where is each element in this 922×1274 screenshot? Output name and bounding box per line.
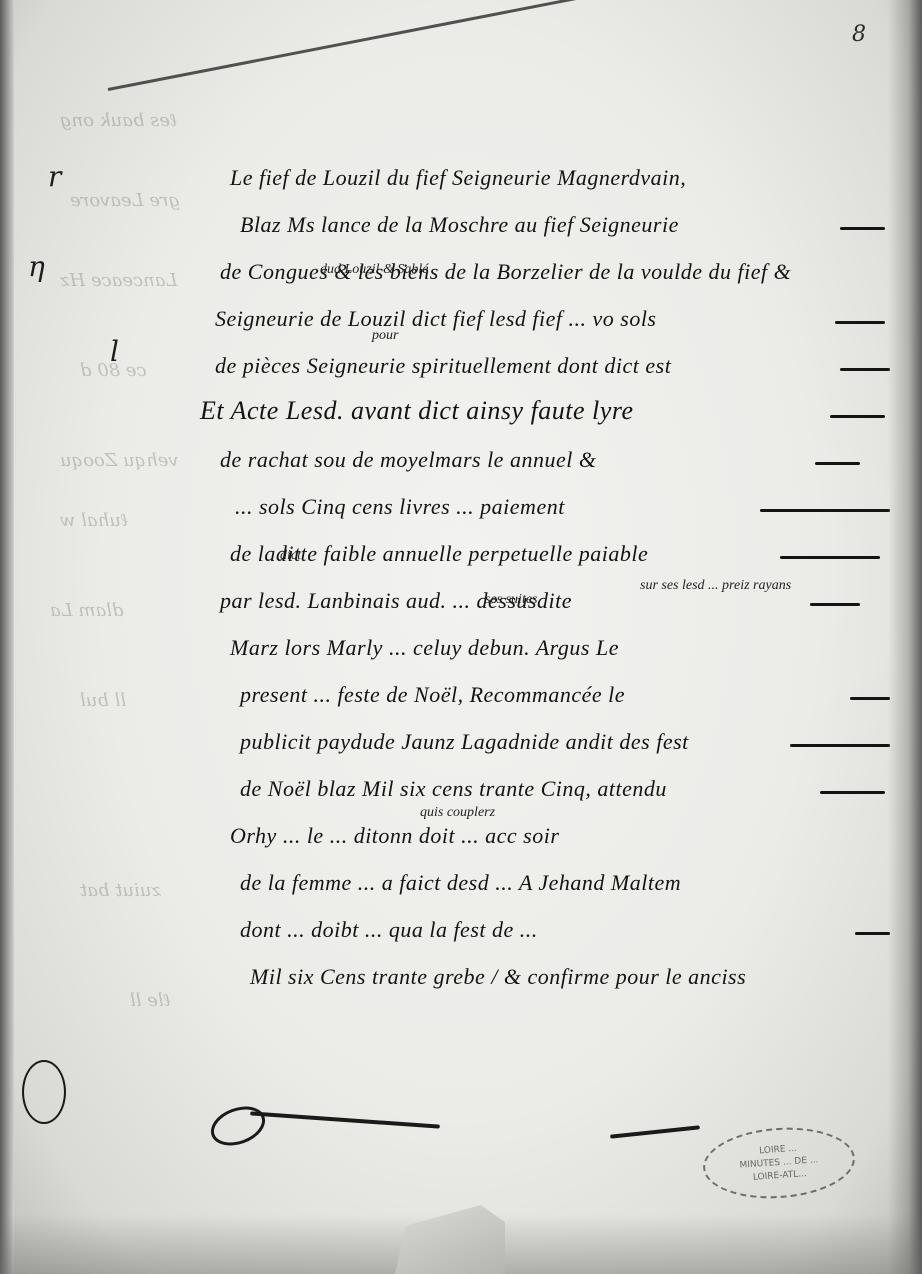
- text-line: present ... feste de Noël, Recommancée l…: [200, 667, 890, 714]
- text-line: Mil six Cens trante grebe / & confirme p…: [200, 949, 890, 996]
- margin-note: r: [48, 160, 61, 193]
- text-line: dont ... doibt ... qua la fest de ...: [200, 902, 890, 949]
- archive-stamp: LOIRE ... MINUTES ... DE ... LOIRE-ATL..…: [701, 1123, 858, 1203]
- text-line: de Noël blaz Mil six cens trante Cinq, a…: [200, 761, 890, 808]
- manuscript-body: Le fief de Louzil du fief Seigneurie Mag…: [200, 150, 890, 996]
- margin-note: η: [28, 250, 45, 283]
- interlinear-note: pour: [372, 328, 398, 344]
- bleed-through-text: ℓuhal w: [60, 510, 128, 531]
- text-line: Seigneurie de Louzil dict fief lesd fief…: [200, 291, 890, 338]
- text-line: Et Acte Lesd. avant dict ainsy faute lyr…: [200, 385, 890, 432]
- text-line: Marz lors Marly ... celuy debun. Argus L…: [200, 620, 890, 667]
- text-line: publicit paydude Jaunz Lagadnide andit d…: [200, 714, 890, 761]
- text-line: de laditte faible annuelle perpetuelle p…: [200, 526, 890, 573]
- margin-note: l: [110, 335, 119, 368]
- bleed-through-text: gre Leavore: [70, 190, 180, 211]
- bleed-through-text: dlam La: [50, 600, 124, 621]
- text-line: de rachat sou de moyelmars le annuel &: [200, 432, 890, 479]
- folio-number: 8: [852, 22, 866, 47]
- bleed-through-text: zuiut bat: [80, 880, 161, 901]
- text-line: Le fief de Louzil du fief Seigneurie Mag…: [200, 150, 890, 197]
- manuscript-page: 8 ℓes bauk ong gre Leavore Lanceace Hz c…: [0, 0, 922, 1274]
- bleed-through-text: ℓle ll: [130, 990, 171, 1011]
- text-line: de Congues & les biens de la Borzelier d…: [200, 244, 890, 291]
- interlinear-note: dict: [280, 548, 301, 564]
- text-line: de la femme ... a faict desd ... A Jehan…: [200, 855, 890, 902]
- text-line: Orhy ... le ... ditonn doit ... acc soir: [200, 808, 890, 855]
- bleed-through-text: ll bul: [80, 690, 126, 711]
- binding-edge: [0, 0, 14, 1274]
- text-line: de pièces Seigneurie spirituellement don…: [200, 338, 890, 385]
- text-line: Blaz Ms lance de la Moschre au fief Seig…: [200, 197, 890, 244]
- bleed-through-text: Lanceace Hz: [60, 270, 177, 291]
- bleed-through-text: ℓes bauk ong: [60, 110, 178, 131]
- interlinear-note: quis couplerz: [420, 805, 495, 821]
- interlinear-note: sur ses lesd ... preiz rayans: [640, 578, 791, 594]
- interlinear-note: dud Louzil & Sablé: [320, 262, 429, 278]
- page-right-edge: [888, 0, 922, 1274]
- interlinear-note: ses suites: [485, 592, 538, 608]
- bleed-through-text: vehqu Zooqu: [60, 450, 179, 471]
- text-line: ... sols Cinq cens livres ... paiement: [200, 479, 890, 526]
- crossing-pen-stroke: [108, 0, 619, 91]
